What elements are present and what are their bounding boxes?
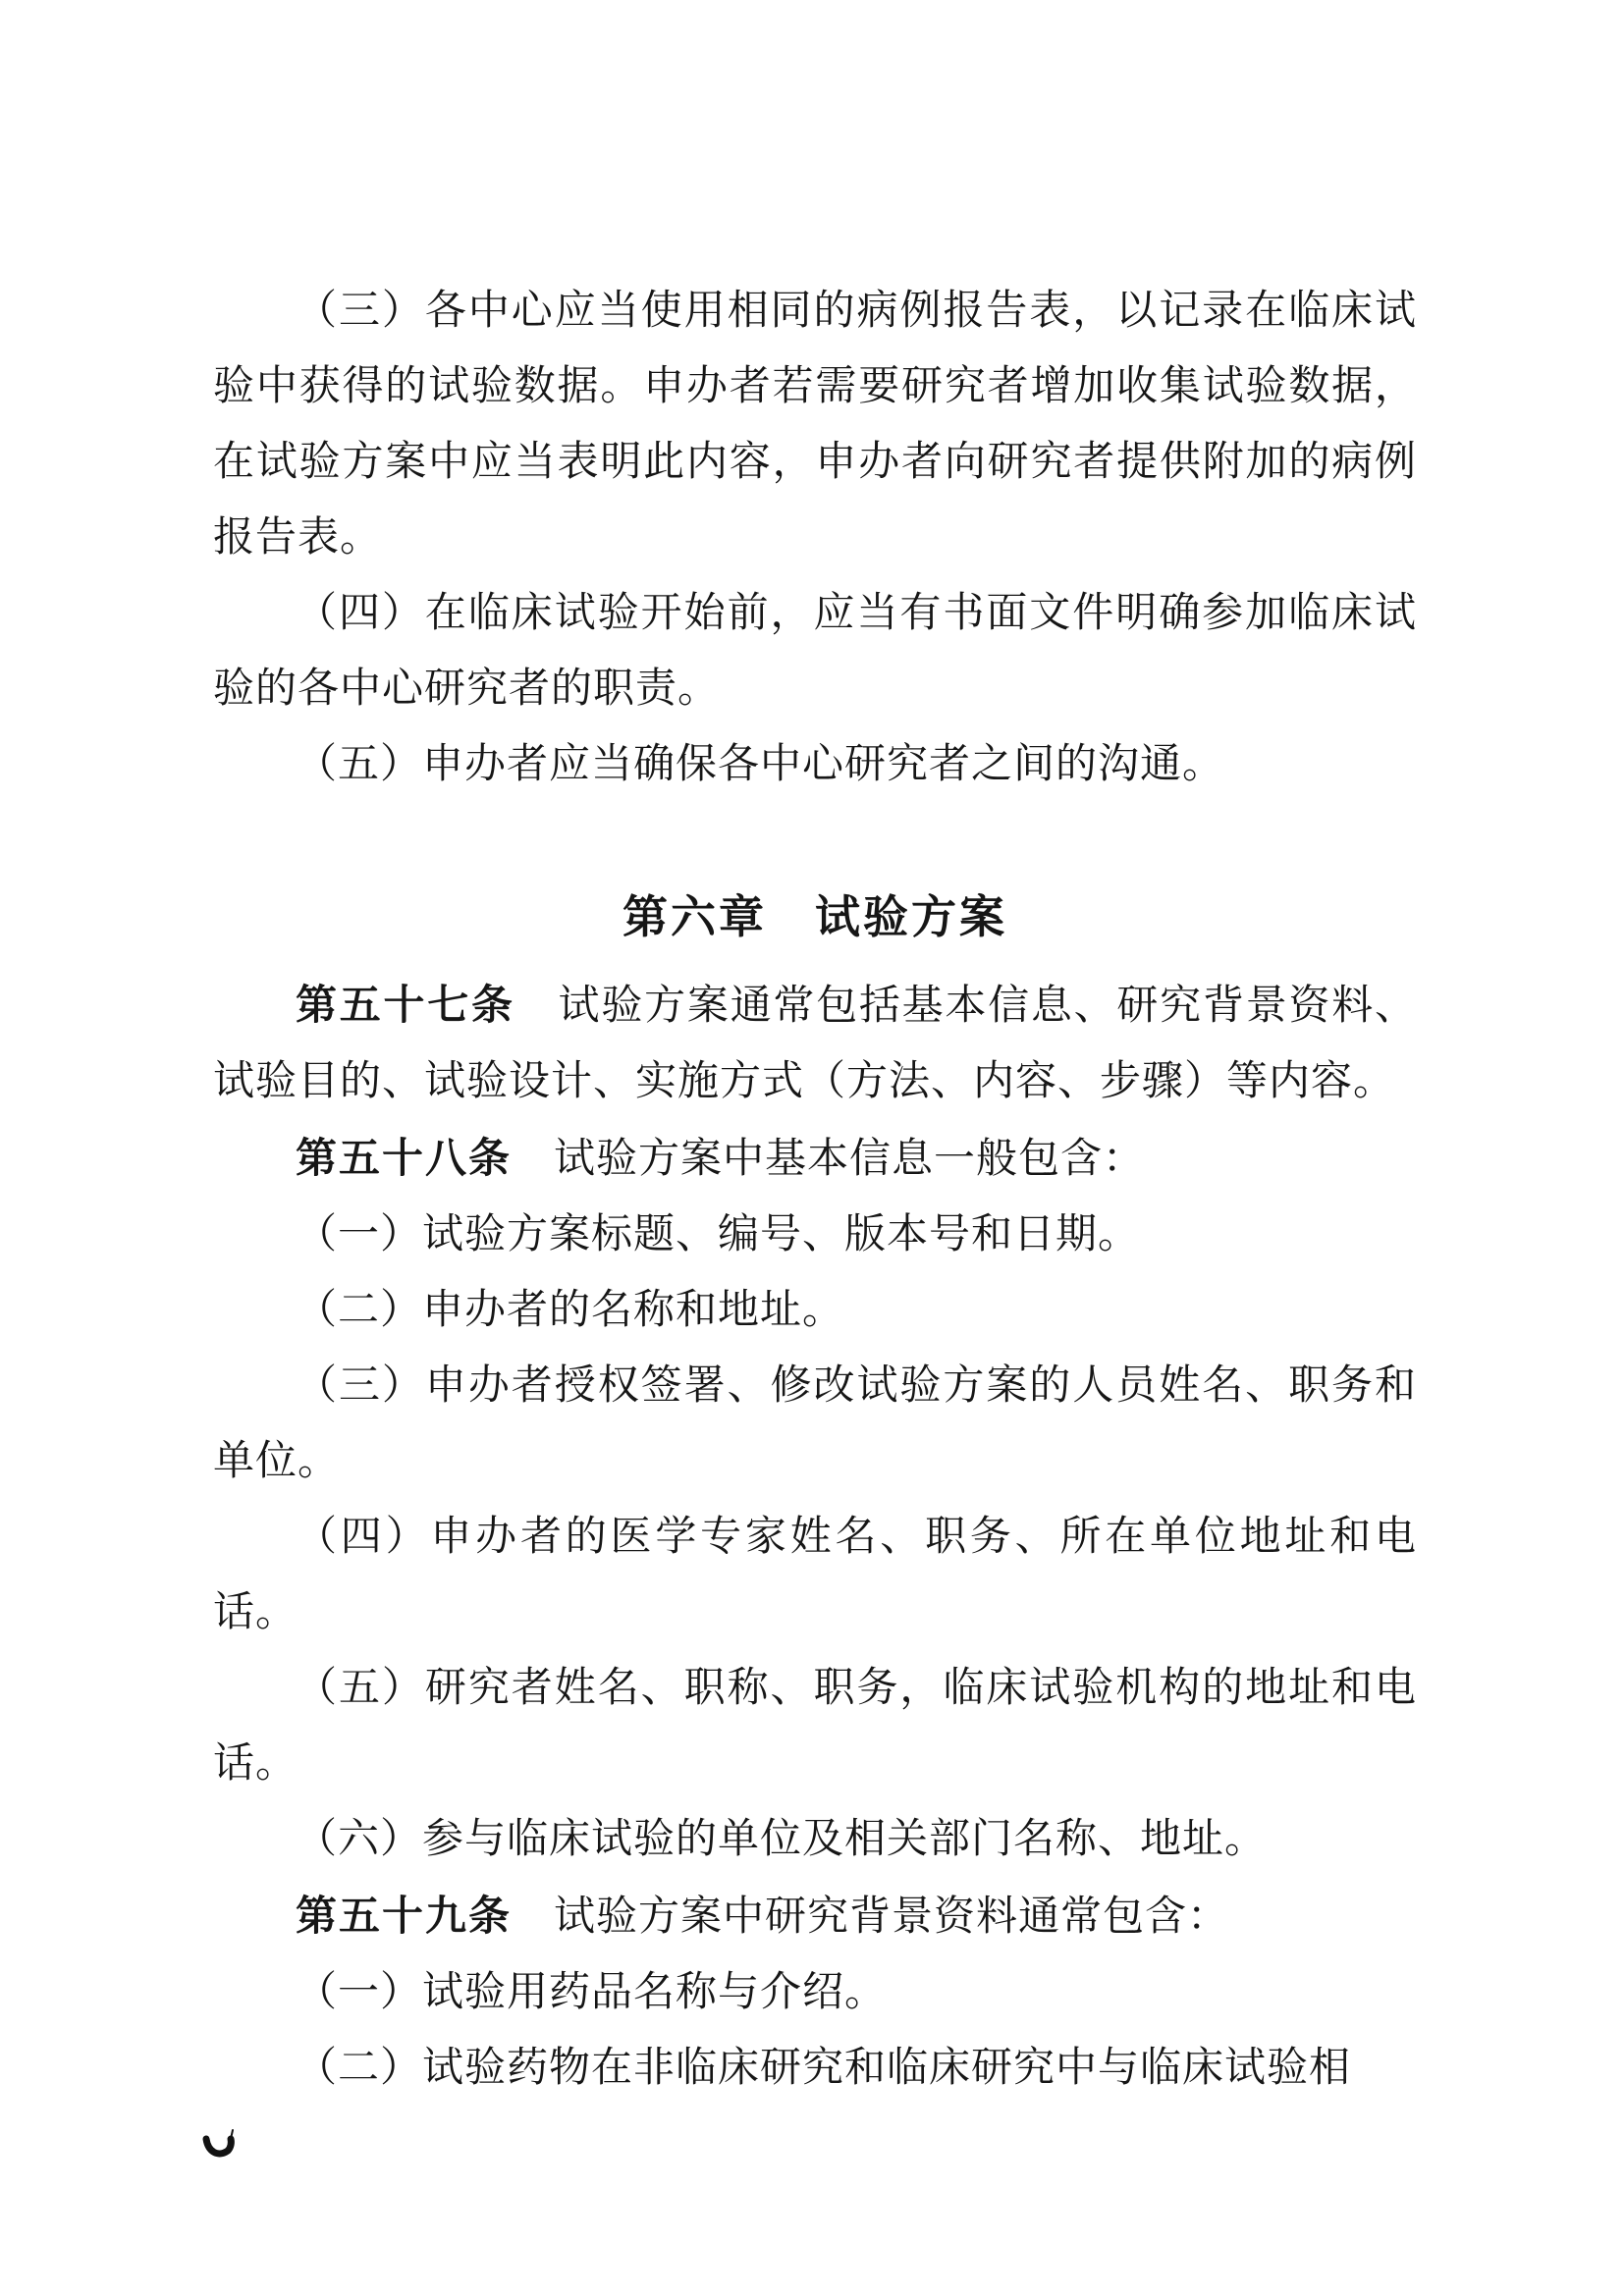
paragraph-article-57: 第五十七条 试验方案通常包括基本信息、研究背景资料、试验目的、试验设计、实施方式… [213, 967, 1417, 1120]
paragraph-item-58-3-text: （三）申办者授权签署、修改试验方案的人员姓名、职务和单位。 [213, 1363, 1417, 1484]
article-57-number: 第五十七条 [296, 982, 515, 1028]
paragraph-item-4-text: （四）在临床试验开始前，应当有书面文件明确参加临床试验的各中心研究者的职责。 [213, 591, 1417, 712]
paragraph-item-3-text: （三）各中心应当使用相同的病例报告表，以记录在临床试验中获得的试验数据。申办者若… [213, 289, 1417, 561]
handwritten-tick-mark [201, 2126, 237, 2165]
paragraph-item-58-5-text: （五）研究者姓名、职称、职务，临床试验机构的地址和电话。 [213, 1666, 1417, 1787]
article-59-body: 试验方案中研究背景资料通常包含： [512, 1895, 1229, 1940]
paragraph-item-58-2-text: （二）申办者的名称和地址。 [296, 1288, 844, 1333]
text-block: （三）各中心应当使用相同的病例报告表，以记录在临床试验中获得的试验数据。申办者若… [213, 0, 1417, 2107]
paragraph-item-58-5: （五）研究者姓名、职称、职务，临床试验机构的地址和电话。 [213, 1651, 1417, 1802]
paragraph-item-59-2-text: （二）试验药物在非临床研究和临床研究中与临床试验相 [296, 2046, 1351, 2091]
paragraph-item-59-1: （一）试验用药品名称与介绍。 [213, 1955, 1417, 2031]
paragraph-item-58-6-text: （六）参与临床试验的单位及相关部门名称、地址。 [296, 1817, 1267, 1862]
paragraph-item-3: （三）各中心应当使用相同的病例报告表，以记录在临床试验中获得的试验数据。申办者若… [213, 274, 1417, 576]
paragraph-item-58-1: （一）试验方案标题、编号、版本号和日期。 [213, 1198, 1417, 1273]
document-page: （三）各中心应当使用相同的病例报告表，以记录在临床试验中获得的试验数据。申办者若… [0, 0, 1624, 2296]
article-58-number: 第五十八条 [296, 1135, 512, 1181]
article-59-number: 第五十九条 [296, 1893, 512, 1939]
paragraph-item-58-4: （四）申办者的医学专家姓名、职务、所在单位地址和电话。 [213, 1500, 1417, 1651]
paragraph-article-58: 第五十八条 试验方案中基本信息一般包含： [213, 1120, 1417, 1198]
article-58-body: 试验方案中基本信息一般包含： [512, 1137, 1145, 1182]
paragraph-item-58-1-text: （一）试验方案标题、编号、版本号和日期。 [296, 1212, 1140, 1257]
paragraph-item-58-2: （二）申办者的名称和地址。 [213, 1273, 1417, 1349]
paragraph-item-5: （五）申办者应当确保各中心研究者之间的沟通。 [213, 727, 1417, 803]
paragraph-item-59-1-text: （一）试验用药品名称与介绍。 [296, 1970, 887, 2015]
paragraph-item-58-6: （六）参与临床试验的单位及相关部门名称、地址。 [213, 1802, 1417, 1878]
chapter-heading: 第六章 试验方案 [213, 880, 1417, 955]
paragraph-item-59-2: （二）试验药物在非临床研究和临床研究中与临床试验相 [213, 2031, 1417, 2107]
paragraph-item-58-3: （三）申办者授权签署、修改试验方案的人员姓名、职务和单位。 [213, 1349, 1417, 1500]
paragraph-item-58-4-text: （四）申办者的医学专家姓名、职务、所在单位地址和电话。 [213, 1515, 1417, 1635]
paragraph-article-59: 第五十九条 试验方案中研究背景资料通常包含： [213, 1878, 1417, 1955]
paragraph-item-4: （四）在临床试验开始前，应当有书面文件明确参加临床试验的各中心研究者的职责。 [213, 576, 1417, 727]
paragraph-item-5-text: （五）申办者应当确保各中心研究者之间的沟通。 [296, 742, 1224, 787]
